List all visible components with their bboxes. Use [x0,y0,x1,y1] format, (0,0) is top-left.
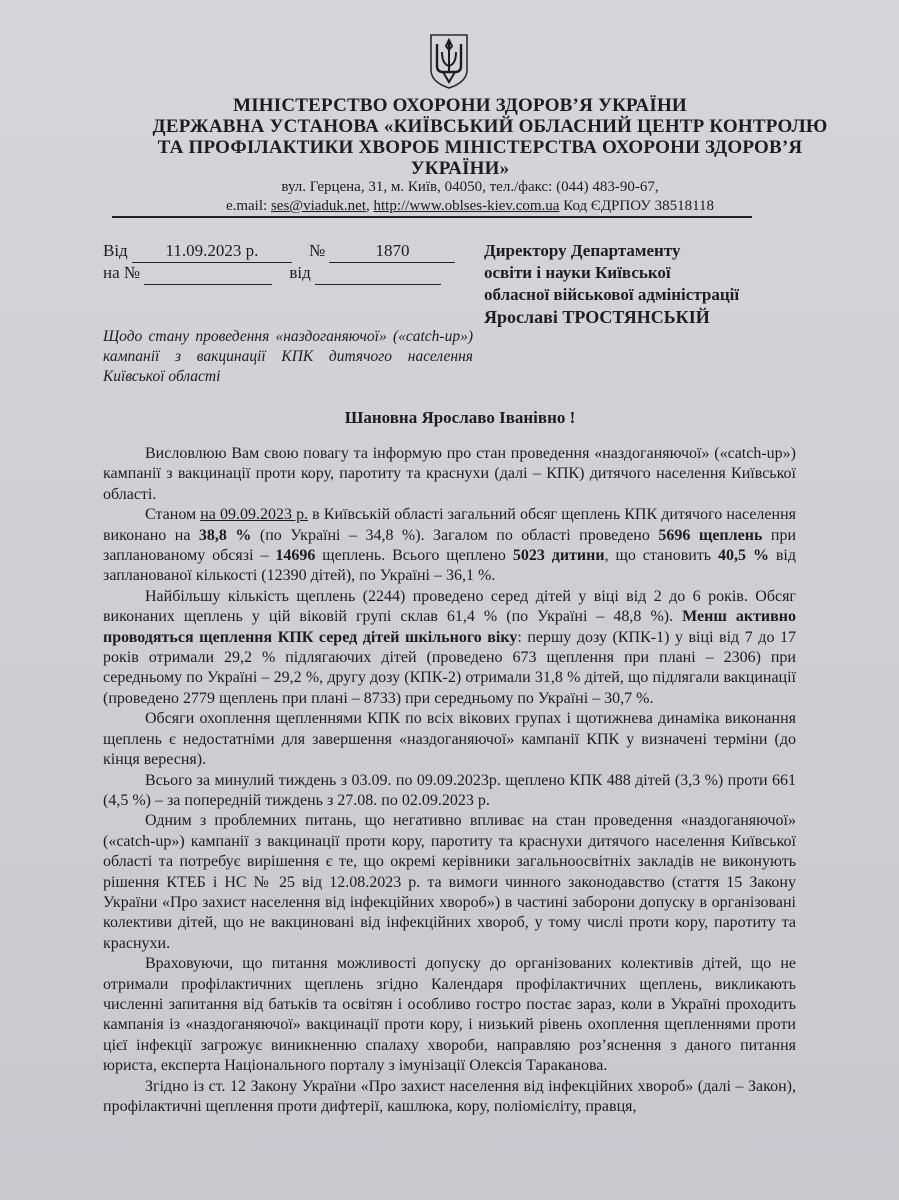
reply-number [144,262,272,285]
letter-body: Висловлюю Вам свою повагу та інформую пр… [103,444,796,1117]
email-label: e.mail: [226,198,271,214]
reply-from-label: від [289,263,310,282]
paragraph: Найбільшу кількість щеплень (2244) прове… [103,587,796,709]
number-label: № [309,241,325,260]
addressee-block: Директору Департаменту освіти і науки Ки… [484,240,739,328]
from-label: Від [103,241,128,260]
edrpou-code: Код ЄДРПОУ 38518118 [559,198,714,214]
institution-name-line1: ДЕРЖАВНА УСТАНОВА «КИЇВСЬКИЙ ОБЛАСНИЙ ЦЕ… [100,116,880,137]
addressee-line: освіти і науки Київської [484,262,739,284]
letter-page: МІНІСТЕРСТВО ОХОРОНИ ЗДОРОВ’Я УКРАЇНИ ДЕ… [0,0,899,1200]
institution-name-line2: ТА ПРОФІЛАКТИКИ ХВОРОБ МІНІСТЕРСТВА ОХОР… [120,137,840,158]
separator: , [366,198,374,214]
email-link[interactable]: ses@viaduk.net [271,198,366,214]
website-link[interactable]: http://www.oblses-kiev.com.ua [374,198,560,214]
paragraph: Всього за минулий тиждень з 03.09. по 09… [103,771,796,812]
outgoing-number: 1870 [329,240,455,263]
contacts-line: e.mail: ses@viaduk.net, http://www.oblse… [150,197,790,216]
letter-subject: Щодо стану проведення «наздоганяючої» («… [103,327,473,387]
addressee-name: Ярославі ТРОСТЯНСЬКІЙ [484,306,739,328]
ministry-name: МІНІСТЕРСТВО ОХОРОНИ ЗДОРОВ’Я УКРАЇНИ [140,95,780,116]
outgoing-date: 11.09.2023 р. [132,240,292,263]
postal-address: вул. Герцена, 31, м. Київ, 04050, тел./ф… [150,178,790,197]
paragraph: Враховуючи, що питання можливості допуск… [103,954,796,1076]
incoming-reference: на № від [103,262,441,285]
addressee-line: Директору Департаменту [484,240,739,262]
letterhead-divider [112,216,752,218]
paragraph: Одним з проблемних питань, що негативно … [103,811,796,954]
paragraph: Станом на 09.09.2023 р. в Київській обла… [103,505,796,587]
trident-coat-of-arms-icon [428,32,470,90]
paragraph: Згідно із ст. 12 Закону України «Про зах… [103,1077,796,1118]
institution-name-line3: УКРАЇНИ» [140,158,780,179]
paragraph: Висловлюю Вам свою повагу та інформую пр… [103,444,796,505]
reply-date [315,262,441,285]
paragraph: Обсяги охоплення щепленнями КПК по всіх … [103,709,796,770]
greeting: Шановна Ярославо Іванівно ! [100,408,820,428]
addressee-line: обласної військової адміністрації [484,284,739,306]
outgoing-registration: Від 11.09.2023 р. № 1870 [103,240,455,263]
reply-to-label: на № [103,263,140,282]
